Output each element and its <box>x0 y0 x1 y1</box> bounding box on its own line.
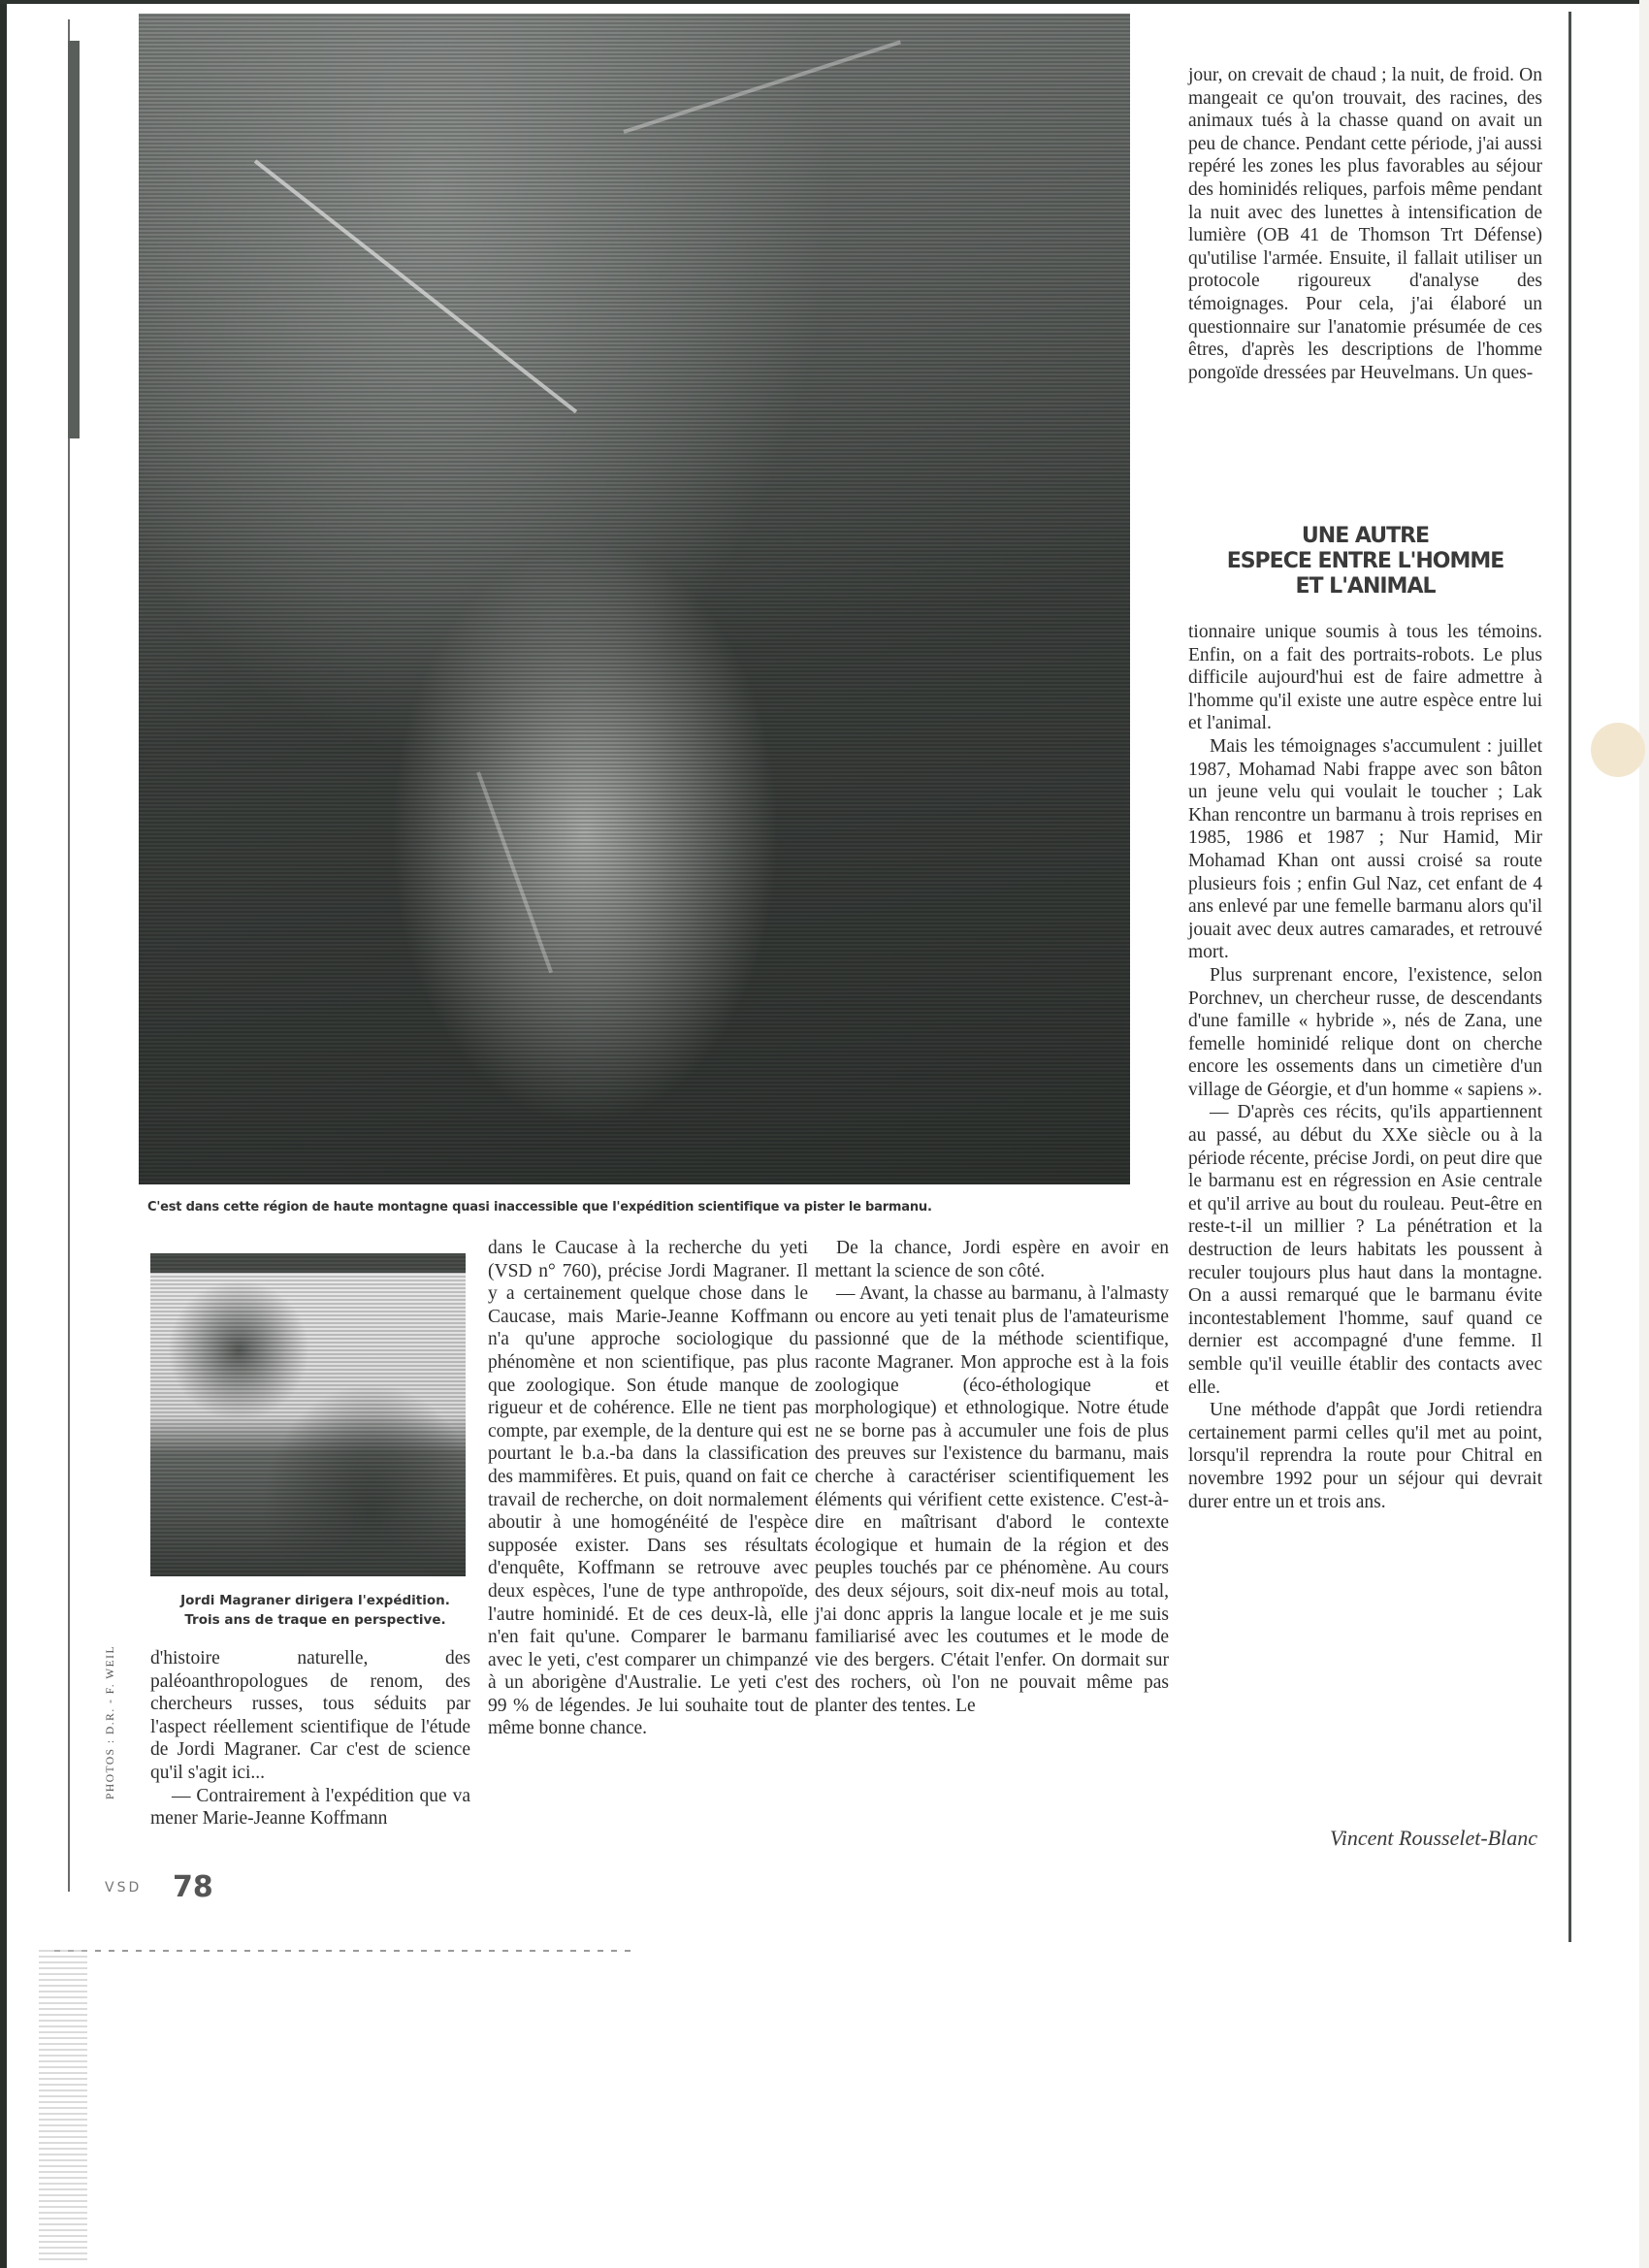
paragraph: — D'après ces récits, qu'ils appartienne… <box>1188 1101 1542 1399</box>
article-column-4-bottom: tionnaire unique soumis à tous les témoi… <box>1188 621 1542 1513</box>
page-bottom-rule <box>54 1950 636 1952</box>
scan-left-edge <box>0 0 7 2268</box>
paragraph: Plus surprenant encore, l'existence, sel… <box>1188 964 1542 1102</box>
main-photo-caption: C'est dans cette région de haute montagn… <box>147 1200 1127 1215</box>
page-number: 78 <box>173 1870 213 1904</box>
subhead-line1: UNE AUTRE <box>1188 524 1542 549</box>
article-column-4-top: jour, on crevait de chaud ; la nuit, de … <box>1188 64 1542 384</box>
paragraph: jour, on crevait de chaud ; la nuit, de … <box>1188 64 1542 384</box>
portrait-caption: Jordi Magraner dirigera l'expédition. Tr… <box>155 1591 475 1630</box>
portrait-caption-line2: Trois ans de traque en perspective. <box>155 1610 475 1630</box>
subhead-line3: ET L'ANIMAL <box>1188 574 1542 599</box>
page-right-rule <box>1568 12 1571 1942</box>
subhead-line2: ESPECE ENTRE L'HOMME <box>1188 549 1542 574</box>
paragraph: — Contrairement à l'expédition que va me… <box>150 1785 470 1831</box>
mountain-photo-icon <box>139 14 1130 1184</box>
photo-ridge <box>254 159 577 413</box>
article-column-3: De la chance, Jordi espère en avoir en m… <box>815 1237 1169 1717</box>
scan-noise <box>39 1950 87 2260</box>
magazine-name: VSD <box>105 1880 142 1895</box>
article-column-2: dans le Caucase à la recherche du yeti (… <box>488 1237 808 1740</box>
paragraph: Mais les témoignages s'accumulent : juil… <box>1188 735 1542 964</box>
photo-ridge <box>623 40 901 134</box>
photo-credit: PHOTOS : D.R. - F. WEIL <box>105 1605 124 1799</box>
portrait-photo-icon <box>150 1253 466 1576</box>
paragraph: d'histoire naturelle, des paléoanthropol… <box>150 1647 470 1785</box>
paragraph: Une méthode d'appât que Jordi retiendra … <box>1188 1399 1542 1513</box>
page-left-bar <box>68 41 80 438</box>
paragraph: dans le Caucase à la recherche du yeti (… <box>488 1237 808 1740</box>
scan-top-edge <box>0 0 1649 4</box>
page-right-edge <box>1639 0 1649 2268</box>
author-byline: Vincent Rousselet-Blanc <box>1188 1826 1537 1851</box>
photo-ridge <box>476 771 553 973</box>
paragraph: — Avant, la chasse au barmanu, à l'almas… <box>815 1282 1169 1717</box>
paragraph: De la chance, Jordi espère en avoir en m… <box>815 1237 1169 1282</box>
paper-stain <box>1591 723 1645 777</box>
section-subhead: UNE AUTRE ESPECE ENTRE L'HOMME ET L'ANIM… <box>1188 524 1542 599</box>
portrait-caption-line1: Jordi Magraner dirigera l'expédition. <box>155 1591 475 1610</box>
article-column-1: d'histoire naturelle, des paléoanthropol… <box>150 1647 470 1831</box>
paragraph: tionnaire unique soumis à tous les témoi… <box>1188 621 1542 735</box>
